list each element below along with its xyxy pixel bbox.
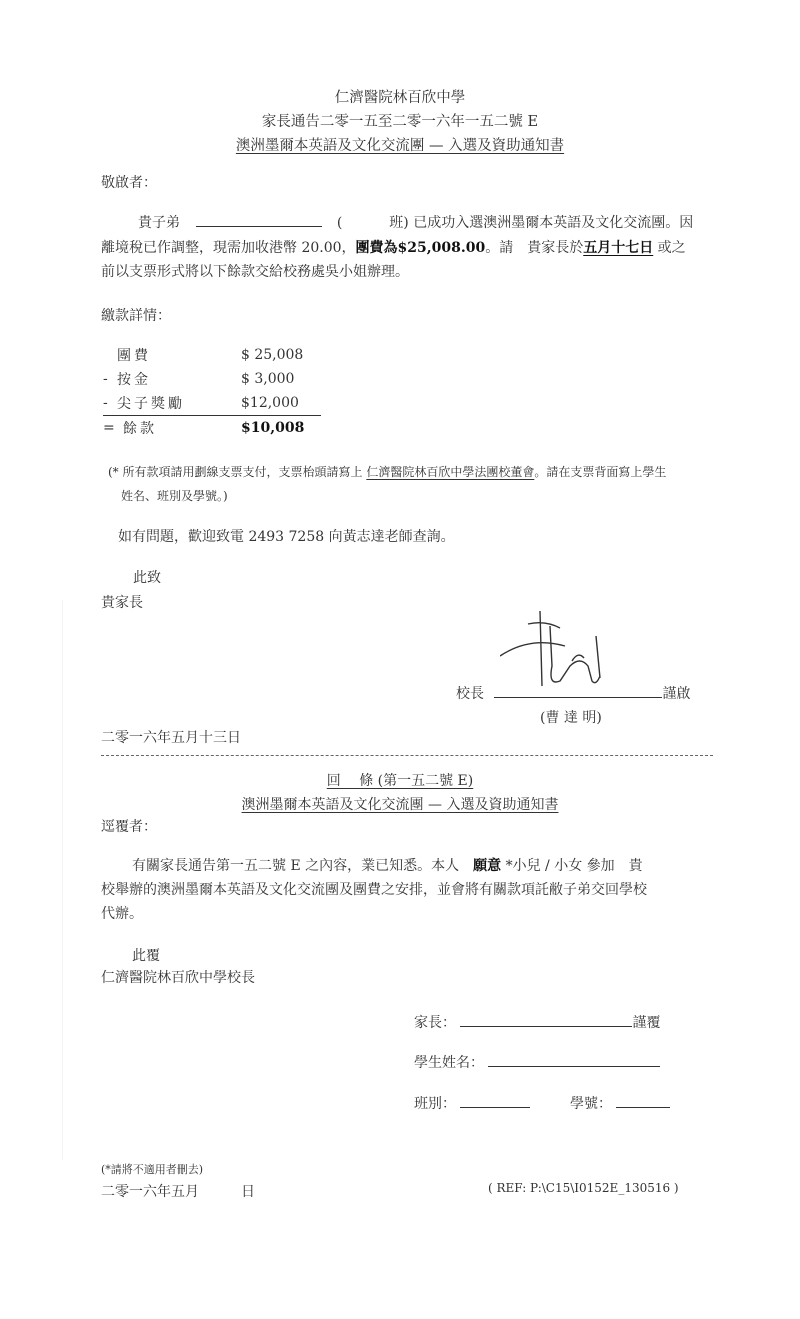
student-number-label: 學號： bbox=[570, 1096, 612, 1112]
student-number-input[interactable] bbox=[616, 1106, 670, 1108]
student-name-blank bbox=[196, 225, 322, 227]
reply-date: 二零一六年五月 日 bbox=[101, 1181, 255, 1201]
closing-line-2: 貴家長 bbox=[101, 592, 143, 612]
body-line-1: 貴子弟 ( 班) 已成功入選澳洲墨爾本英語及文化交流團。因 bbox=[138, 212, 693, 232]
payment-label: 團費 bbox=[117, 343, 241, 367]
signature-line: 校長 謹啟 bbox=[456, 683, 690, 703]
or-before-text: 或之 bbox=[653, 240, 685, 256]
reply-closing-2: 仁濟醫院林百欣中學校長 bbox=[101, 967, 255, 987]
reply-salutation: 逕覆者： bbox=[101, 816, 157, 836]
request-text: 。請 貴家長於 bbox=[485, 240, 583, 256]
reply-title: 澳洲墨爾本英語及文化交流團 — 入選及資助通知書 bbox=[0, 794, 800, 814]
reply-closing-1: 此覆 bbox=[132, 945, 160, 965]
student-name-label: 學生姓名： bbox=[414, 1055, 484, 1071]
notice-number: 家長通告二零一五至二零一六年一五二號 E bbox=[0, 110, 800, 131]
body-line-3: 前以支票形式將以下餘款交給校務處吳小姐辦理。 bbox=[101, 261, 409, 281]
closing-line-1: 此致 bbox=[133, 567, 161, 587]
body-line-2: 離境稅已作調整，現需加收港幣 20.00，團費為$25,008.00。請 貴家長… bbox=[101, 237, 686, 257]
payment-label: 按金 bbox=[117, 367, 241, 391]
balance-amount: $10,008 bbox=[241, 416, 321, 441]
student-number-field[interactable]: 學號： bbox=[570, 1093, 670, 1113]
class-field[interactable]: 班別： bbox=[414, 1093, 530, 1113]
deadline-date: 五月十七日 bbox=[583, 240, 653, 256]
reply-heading: 回 條 (第一五二號 E) bbox=[0, 770, 800, 790]
payment-amount: $ 3,000 bbox=[241, 367, 321, 391]
class-close-text: 班) 已成功入選澳洲墨爾本英語及文化交流團。因 bbox=[389, 215, 693, 231]
student-prefix: 貴子弟 bbox=[138, 215, 180, 231]
cheque-payee: 仁濟醫院林百欣中學法團校董會 bbox=[366, 465, 534, 479]
payment-table: 團費 $ 25,008 - 按金 $ 3,000 - 尖子獎勵 $12,000 … bbox=[103, 343, 321, 440]
enquiry-text: 如有問題，歡迎致電 2493 7258 向黃志達老師查詢。 bbox=[118, 526, 455, 546]
signature-suffix: 謹啟 bbox=[662, 686, 690, 702]
class-open: ( bbox=[337, 215, 342, 231]
payment-row: - 尖子獎勵 $12,000 bbox=[103, 391, 321, 416]
class-input[interactable] bbox=[460, 1106, 530, 1108]
parent-signature-field[interactable]: 家長： 謹覆 bbox=[414, 1012, 660, 1032]
student-name-input[interactable] bbox=[488, 1065, 660, 1067]
salutation: 敬啟者： bbox=[101, 172, 157, 192]
reply-line-3: 代辦。 bbox=[101, 903, 143, 923]
notice-title: 澳洲墨爾本英語及文化交流團 — 入選及資助通知書 bbox=[0, 134, 800, 155]
student-name-field[interactable]: 學生姓名： bbox=[414, 1052, 660, 1072]
principal-name: (曹 達 明) bbox=[540, 707, 602, 727]
notice-date: 二零一六年五月十三日 bbox=[101, 727, 241, 747]
principal-title: 校長 bbox=[456, 686, 484, 702]
balance-label: 餘款 bbox=[117, 416, 241, 441]
parent-label: 家長： bbox=[414, 1015, 456, 1031]
payment-amount: $12,000 bbox=[241, 391, 321, 416]
payment-row: - 按金 $ 3,000 bbox=[103, 367, 321, 391]
reference-code: ( REF: P:\C15\I0152E_130516 ) bbox=[488, 1181, 679, 1195]
delete-note: (*請將不適用者刪去) bbox=[101, 1161, 203, 1177]
reply-line-1: 有關家長通告第一五二號 E 之內容，業已知悉。本人 願意 *小兒 / 小女 參加… bbox=[132, 855, 643, 875]
school-name: 仁濟醫院林百欣中學 bbox=[0, 86, 800, 107]
payment-total-row: = 餘款 $10,008 bbox=[103, 416, 321, 441]
payment-row: 團費 $ 25,008 bbox=[103, 343, 321, 367]
tax-adjust-text: 離境稅已作調整，現需加收港幣 20.00， bbox=[101, 240, 356, 256]
scan-edge bbox=[62, 600, 63, 1160]
payment-heading: 繳款詳情： bbox=[101, 305, 171, 325]
parent-suffix: 謹覆 bbox=[632, 1015, 660, 1031]
tear-off-divider bbox=[101, 755, 713, 756]
cheque-note-line-1: (* 所有款項請用劃線支票支付，支票枱頭請寫上 仁濟醫院林百欣中學法團校董會。請… bbox=[108, 463, 666, 480]
payment-amount: $ 25,008 bbox=[241, 343, 321, 367]
payment-label: 尖子獎勵 bbox=[117, 391, 241, 416]
class-label: 班別： bbox=[414, 1096, 456, 1112]
tour-fee-total: 團費為$25,008.00 bbox=[356, 240, 486, 256]
reply-line-2: 校舉辦的澳洲墨爾本英語及文化交流團及團費之安排，並會將有關款項託敝子弟交回學校 bbox=[101, 879, 647, 899]
agree-text: 願意 bbox=[473, 858, 501, 874]
cheque-note-line-2: 姓名、班別及學號。) bbox=[121, 487, 228, 504]
parent-signature-blank[interactable] bbox=[460, 1025, 632, 1027]
